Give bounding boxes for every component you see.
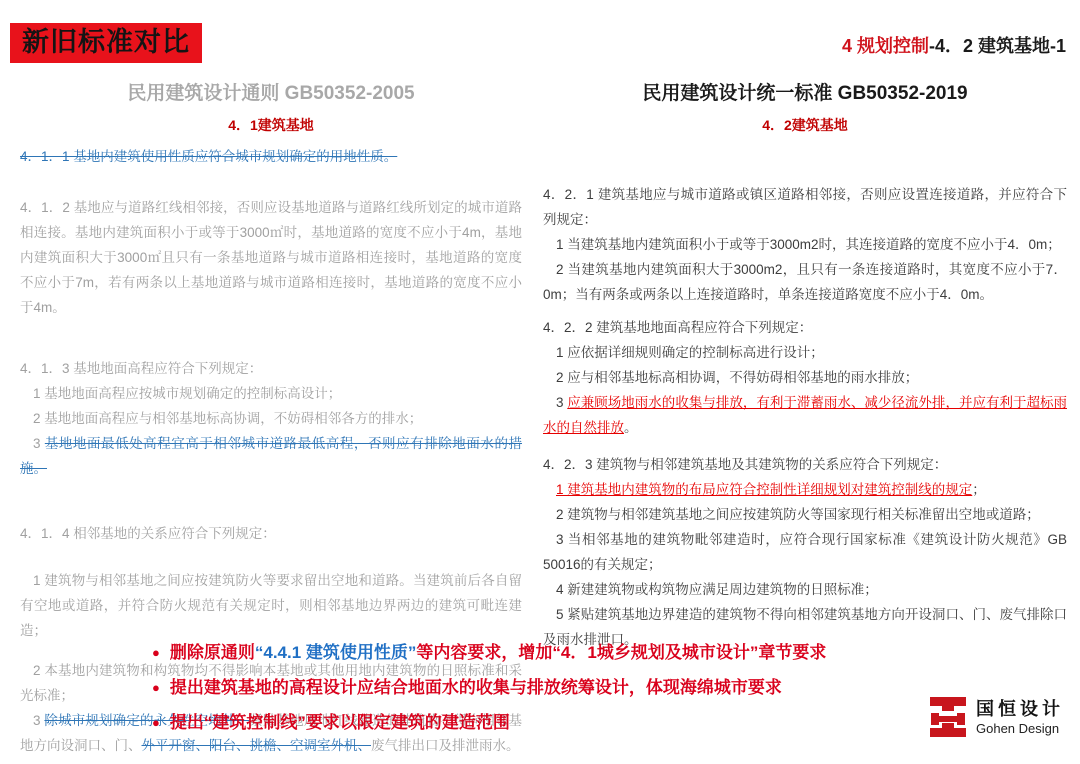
summary-bullet-list: ● 删除原通则“4.4.1 建筑使用性质”等内容要求，增加“4．1城乡规划及城市…	[152, 641, 826, 746]
clause-4-1-3-item-2: 2 基地地面高程应与相邻基地标高协调，不妨碍相邻各方的排水；	[20, 406, 522, 431]
new-standard-column: 民用建筑设计统一标准 GB50352-2019 4．2建筑基地 4．2．1 建筑…	[543, 82, 1067, 652]
slide: 新旧标准对比 4 规划控制-4．2 建筑基地-1 民用建筑设计通则 GB5035…	[0, 0, 1080, 764]
clause-4-2-2-item-3-number: 3	[556, 395, 567, 410]
breadcrumb-section: 4 规划控制	[842, 36, 929, 56]
summary-bullet-2-text: 提出建筑基地的高程设计应结合地面水的收集与排放统筹设计，体现海绵城市要求	[170, 676, 782, 699]
breadcrumb: 4 规划控制-4．2 建筑基地-1	[842, 32, 1066, 58]
summary-bullet-3-text: 提出“建筑控制线”要求以限定建筑的建造范围	[170, 711, 510, 734]
summary-bullet-2: ● 提出建筑基地的高程设计应结合地面水的收集与排放统筹设计，体现海绵城市要求	[152, 676, 826, 699]
clause-4-1-3-head: 4．1．3 基地地面高程应符合下列规定：	[20, 356, 522, 381]
clause-4-2-3-item-2: 2 建筑物与相邻建筑基地之间应按建筑防火等国家现行相关标准留出空地或道路；	[543, 502, 1067, 527]
bullet-icon: ●	[152, 711, 160, 734]
clause-4-2-2-item-1: 1 应依据详细规则确定的控制标高进行设计；	[543, 340, 1067, 365]
clause-4-2-2-head: 4．2．2 建筑基地地面高程应符合下列规定：	[543, 315, 1067, 340]
clause-4-2-2-item-3-new-text: 应兼顾场地雨水的收集与排放，有利于滞蓄雨水、减少径流外排，并应有利于超标雨水的自…	[543, 395, 1067, 435]
summary-bullet-1: ● 删除原通则“4.4.1 建筑使用性质”等内容要求，增加“4．1城乡规划及城市…	[152, 641, 826, 664]
clause-4-2-3-item-3: 3 当相邻基地的建筑物毗邻建造时，应符合现行国家标准《建筑设计防火规范》GB 5…	[543, 527, 1067, 577]
clause-4-1-4-item-1: 1 建筑物与相邻基地之间应按建筑防火等要求留出空地和道路。当建筑前后各自留有空地…	[20, 568, 522, 643]
clause-4-1-4-item-3-number: 3	[33, 713, 44, 728]
logo-name-cn: 国恒设计	[976, 699, 1064, 719]
summary-bullet-1-text: 删除原通则“4.4.1 建筑使用性质”等内容要求，增加“4．1城乡规划及城市设计…	[170, 641, 826, 664]
new-standard-section-heading: 4．2建筑基地	[543, 116, 1067, 134]
new-standard-title: 民用建筑设计统一标准 GB50352-2019	[543, 82, 1067, 106]
company-logo: 国恒设计 Gohen Design	[929, 696, 1064, 738]
clause-4-2-1-item-2: 2 当建筑基地内建筑面积大于3000m2，且只有一条连接道路时，其宽度不应小于7…	[543, 257, 1067, 307]
clause-4-2-2-item-2: 2 应与相邻基地标高相协调，不得妨碍相邻基地的雨水排放；	[543, 365, 1067, 390]
clause-4-1-3: 4．1．3 基地地面高程应符合下列规定： 1 基地地面高程应按城市规划确定的控制…	[20, 356, 522, 481]
summary-bullet-3: ● 提出“建筑控制线”要求以限定建筑的建造范围	[152, 711, 826, 734]
clause-4-2-2-item-3: 3 应兼顾场地雨水的收集与排放，有利于滞蓄雨水、减少径流外排，并应有利于超标雨水…	[543, 390, 1067, 440]
bullet-icon: ●	[152, 641, 160, 664]
bullet-icon: ●	[152, 676, 160, 699]
clause-4-2-2-item-3-period: 。	[624, 420, 638, 435]
old-standard-title: 民用建筑设计通则 GB50352-2005	[20, 82, 522, 106]
clause-4-1-2: 4．1．2 基地应与道路红线相邻接，否则应设基地道路与道路红线所划定的城市道路相…	[20, 195, 522, 320]
summary-bullet-1-highlight: “4.4.1 建筑使用性质”	[255, 643, 417, 662]
clause-4-2-3-item-4: 4 新建建筑物或构筑物应满足周边建筑物的日照标准；	[543, 577, 1067, 602]
logo-name-en: Gohen Design	[976, 721, 1064, 736]
clause-4-2-1-item-1: 1 当建筑基地内建筑面积小于或等于3000m2时，其连接道路的宽度不应小于4．0…	[543, 232, 1067, 257]
breadcrumb-subsection: -4．2 建筑基地-1	[929, 36, 1066, 56]
summary-bullet-1-post: 等内容要求，增加“4．1城乡规划及城市设计”章节要求	[416, 643, 826, 662]
page-title-badge: 新旧标准对比	[10, 23, 202, 63]
clause-4-1-3-item-3-number: 3	[33, 436, 45, 451]
clause-4-2-1-head: 4．2．1 建筑基地应与城市道路或镇区道路相邻接，否则应设置连接道路，并应符合下…	[543, 182, 1067, 232]
gohen-design-logo-icon	[929, 696, 967, 738]
clause-4-2-3-item-1-semicolon: ；	[972, 482, 986, 497]
clause-4-2-3-item-1: 1 建筑基地内建筑物的布局应符合控制性详细规划对建筑控制线的规定；	[543, 477, 1067, 502]
clause-4-1-3-item-1: 1 基地地面高程应按城市规划确定的控制标高设计；	[20, 381, 522, 406]
clause-4-2-1: 4．2．1 建筑基地应与城市道路或镇区道路相邻接，否则应设置连接道路，并应符合下…	[543, 182, 1067, 307]
old-standard-section-heading: 4．1建筑基地	[20, 116, 522, 134]
clause-4-1-3-item-3: 3 基地地面最低处高程宜高于相邻城市道路最低高程，否则应有排除地面水的措施。	[20, 431, 522, 481]
clause-4-1-3-item-3-deleted-text: 基地地面最低处高程宜高于相邻城市道路最低高程，否则应有排除地面水的措施。	[20, 436, 522, 476]
clause-4-2-2: 4．2．2 建筑基地地面高程应符合下列规定： 1 应依据详细规则确定的控制标高进…	[543, 315, 1067, 440]
clause-4-2-3-head: 4．2．3 建筑物与相邻建筑基地及其建筑物的关系应符合下列规定：	[543, 452, 1067, 477]
summary-bullet-1-pre: 删除原通则	[170, 643, 255, 662]
logo-text: 国恒设计 Gohen Design	[976, 699, 1064, 736]
clause-4-1-1: 4．1．1 基地内建筑使用性质应符合城市规划确定的用地性质。	[20, 144, 522, 169]
clause-4-1-4-head: 4．1．4 相邻基地的关系应符合下列规定：	[20, 521, 522, 546]
clause-4-2-3: 4．2．3 建筑物与相邻建筑基地及其建筑物的关系应符合下列规定： 1 建筑基地内…	[543, 452, 1067, 652]
clause-4-2-3-item-1-new-text: 1 建筑基地内建筑物的布局应符合控制性详细规划对建筑控制线的规定	[556, 482, 972, 497]
